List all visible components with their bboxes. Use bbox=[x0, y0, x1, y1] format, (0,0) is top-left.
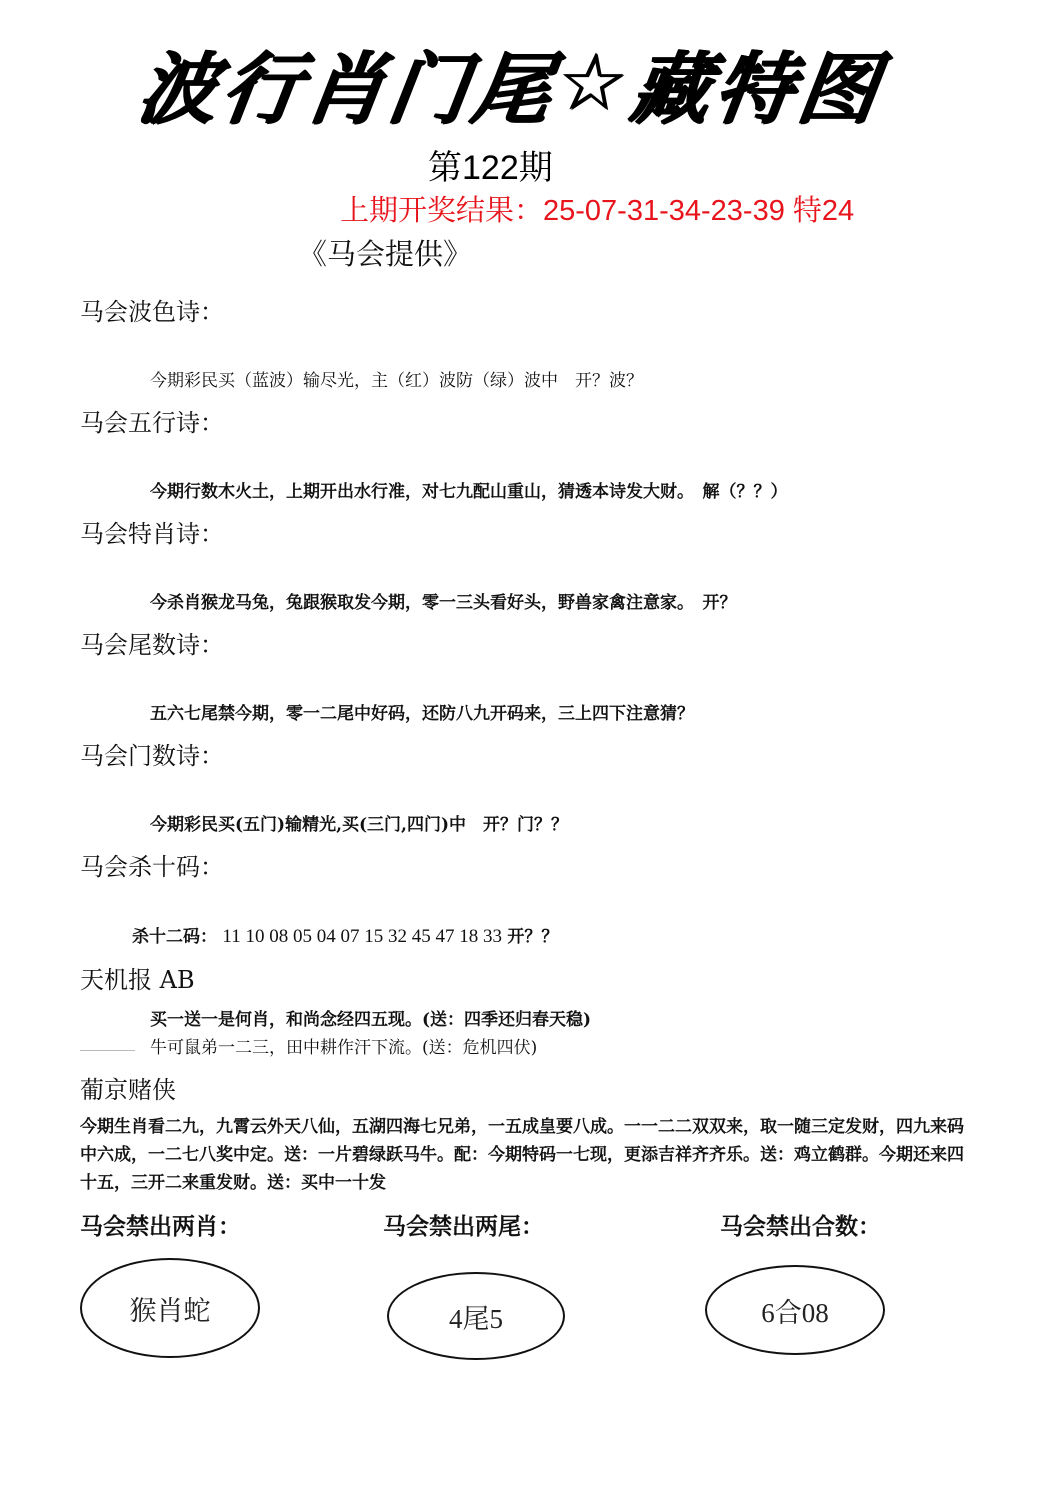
section-line-five-elements: 今期行数木火土，上期开出水行准，对七九配山重山，猜透本诗发大财。 解（？？） bbox=[150, 477, 788, 502]
section-line-zodiac-poem: 今杀肖猴龙马兔，兔跟猴取发今期，零一三头看好头，野兽家禽注意家。 开？ bbox=[150, 588, 737, 613]
section-heading-kill-codes: 马会杀十码： bbox=[80, 847, 224, 882]
title-char: 行 bbox=[216, 27, 312, 139]
title-char: 波 bbox=[132, 27, 228, 139]
title-char: 藏 bbox=[625, 27, 721, 139]
section-line-tail-poem: 五六七尾禁今期，零一二尾中好码，还防八九开码来，三上四下注意猜？ bbox=[150, 699, 694, 724]
kill-codes-numbers: 11 10 08 05 04 07 15 32 45 47 18 33 bbox=[222, 926, 502, 947]
divider bbox=[80, 1050, 135, 1051]
tianji-heading: 天机报 AB bbox=[80, 960, 195, 995]
pujing-text: 今期生肖看二九，九霄云外天八仙，五湖四海七兄弟，一五成皇要八成。一一二二双双来，… bbox=[80, 1113, 980, 1197]
star-icon: ☆ bbox=[551, 38, 636, 128]
section-heading-color-poem: 马会波色诗： bbox=[80, 292, 224, 327]
section-line-door-poem: 今期彩民买(五门)输精光,买(三门,四门)中 开？门？？ bbox=[150, 810, 568, 835]
ban-value-sum: 6合08 bbox=[761, 1291, 829, 1330]
title-char: 图 bbox=[792, 27, 888, 139]
section-heading-zodiac-poem: 马会特肖诗： bbox=[80, 514, 224, 549]
kill-codes-line: 杀十二码： 11 10 08 05 04 07 15 32 45 47 18 3… bbox=[132, 922, 558, 948]
title-char: 尾 bbox=[466, 27, 562, 139]
section-heading-five-elements: 马会五行诗： bbox=[80, 403, 224, 438]
section-heading-door-poem: 马会门数诗： bbox=[80, 736, 224, 771]
ban-label-tail: 马会禁出两尾： bbox=[383, 1208, 544, 1241]
ban-oval-sum: 6合08 bbox=[705, 1265, 885, 1355]
kill-codes-label: 杀十二码： bbox=[132, 927, 217, 947]
title-char: 门 bbox=[383, 27, 479, 139]
tianji-line-2: 牛可鼠弟一二三，田中耕作汗下流。(送：危机四伏) bbox=[150, 1033, 537, 1058]
kill-codes-suffix: 开？？ bbox=[507, 927, 558, 947]
title-char: 肖 bbox=[299, 27, 395, 139]
ban-value-zodiac: 猴肖蛇 bbox=[130, 1289, 211, 1328]
issue-number: 第122期 bbox=[428, 140, 553, 189]
ban-value-tail: 4尾5 bbox=[449, 1297, 503, 1336]
section-heading-tail-poem: 马会尾数诗： bbox=[80, 625, 224, 660]
title-char: 特 bbox=[709, 27, 805, 139]
tianji-line-1: 买一送一是何肖，和尚念经四五现。(送：四季还归春天稳) bbox=[150, 1005, 591, 1030]
ban-label-sum: 马会禁出合数： bbox=[720, 1208, 881, 1241]
last-result: 上期开奖结果：25-07-31-34-23-39 特24 bbox=[340, 188, 854, 229]
provider-label: 《马会提供》 bbox=[298, 232, 472, 273]
ban-oval-zodiac: 猴肖蛇 bbox=[80, 1258, 260, 1358]
pujing-heading: 葡京赌侠 bbox=[80, 1070, 176, 1105]
section-line-color-poem: 今期彩民买（蓝波）输尽光，主（红）波防（绿）波中 开？波？ bbox=[150, 366, 643, 391]
ban-label-zodiac: 马会禁出两肖： bbox=[80, 1208, 241, 1241]
ban-oval-tail: 4尾5 bbox=[387, 1272, 565, 1360]
page-title: 波 行 肖 门 尾 ☆ 藏 特 图 bbox=[132, 28, 887, 138]
